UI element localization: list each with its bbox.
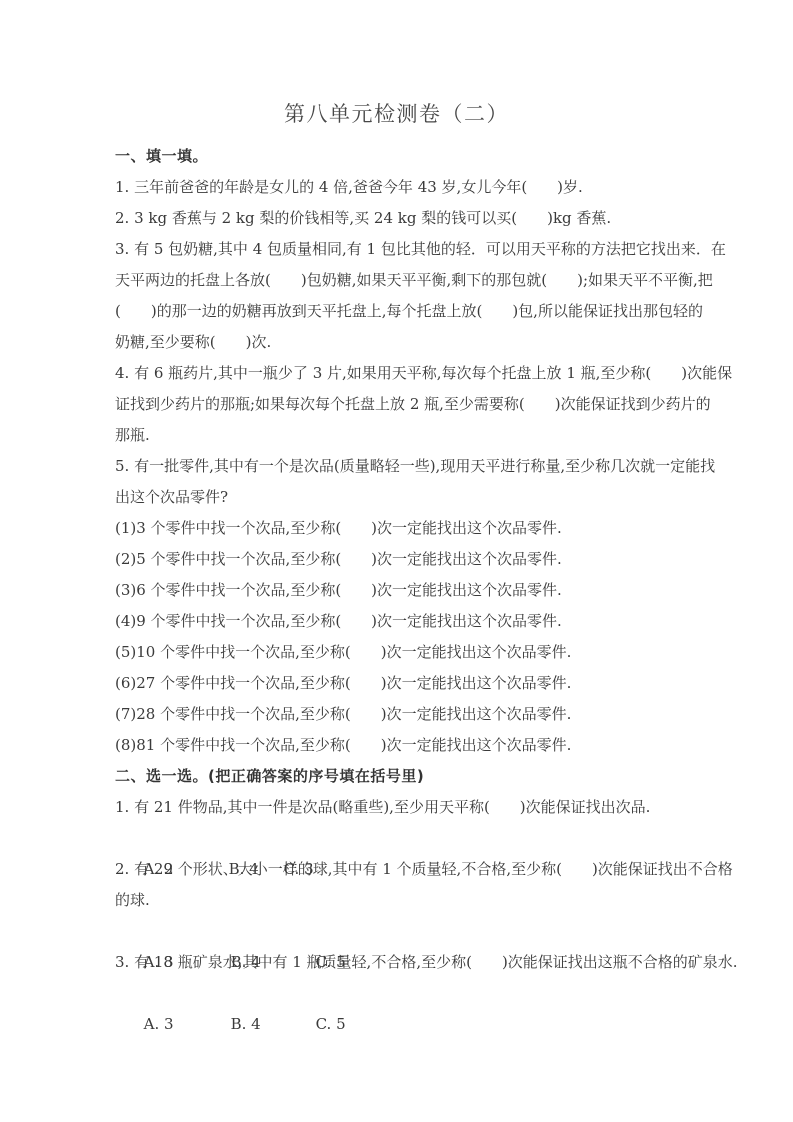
question-3-line-1: 3. 有 5 包奶糖,其中 4 包质量相同,有 1 包比其他的轻．可以用天平称的… [115, 234, 755, 265]
question-5-subitem-7: (7)28 个零件中找一个次品,至少称( )次一定能找出这个次品零件. [115, 699, 755, 730]
question-5-line-2: 出这个次品零件? [115, 482, 755, 513]
choice-b: B. 4 [231, 1009, 316, 1040]
section-2-question-1-choices: A. 2B. 4C. 3 [115, 823, 755, 854]
section-2-header: 二、选一选。(把正确答案的序号填在括号里) [115, 761, 755, 792]
question-4-line-2: 证找到少药片的那瓶;如果每次每个托盘上放 2 瓶,至少需要称( )次能保证找到少… [115, 389, 755, 420]
question-5-subitem-4: (4)9 个零件中找一个次品,至少称( )次一定能找出这个次品零件. [115, 606, 755, 637]
question-5-subitem-1: (1)3 个零件中找一个次品,至少称( )次一定能找出这个次品零件. [115, 513, 755, 544]
question-5-subitem-8: (8)81 个零件中找一个次品,至少称( )次一定能找出这个次品零件. [115, 730, 755, 761]
question-4-line-1: 4. 有 6 瓶药片,其中一瓶少了 3 片,如果用天平称,每次每个托盘上放 1 … [115, 358, 755, 389]
choice-a: A. 3 [144, 1009, 231, 1040]
question-3-line-2: 天平两边的托盘上各放( )包奶糖,如果天平平衡,剩下的那包就( );如果天平不平… [115, 265, 755, 296]
document-page: 第八单元检测卷（二） 一、填一填。 1. 三年前爸爸的年龄是女儿的 4 倍,爸爸… [0, 0, 793, 1122]
question-4-line-3: 那瓶. [115, 420, 755, 451]
section-1-header: 一、填一填。 [115, 141, 755, 172]
question-5-subitem-3: (3)6 个零件中找一个次品,至少称( )次一定能找出这个次品零件. [115, 575, 755, 606]
section-2-question-2-line-1: 2. 有 29 个形状、大小一样的球,其中有 1 个质量轻,不合格,至少称( )… [115, 854, 755, 885]
section-2-question-3: 3. 有 18 瓶矿泉水,其中有 1 瓶质量轻,不合格,至少称( )次能保证找出… [115, 947, 755, 978]
section-2-question-2-line-2: 的球. [115, 885, 755, 916]
document-body: 一、填一填。 1. 三年前爸爸的年龄是女儿的 4 倍,爸爸今年 43 岁,女儿今… [115, 141, 755, 1009]
section-2-question-2-choices: A. 3B. 4C. 5 [115, 916, 755, 947]
page-title: 第八单元检测卷（二） [0, 98, 793, 128]
section-2-question-3-choices: A. 3B. 4C. 5 [115, 978, 755, 1009]
question-5-subitem-5: (5)10 个零件中找一个次品,至少称( )次一定能找出这个次品零件. [115, 637, 755, 668]
section-2-question-1: 1. 有 21 件物品,其中一件是次品(略重些),至少用天平称( )次能保证找出… [115, 792, 755, 823]
question-5-subitem-2: (2)5 个零件中找一个次品,至少称( )次一定能找出这个次品零件. [115, 544, 755, 575]
question-3-line-3: ( )的那一边的奶糖再放到天平托盘上,每个托盘上放( )包,所以能保证找出那包轻… [115, 296, 755, 327]
question-5-subitem-6: (6)27 个零件中找一个次品,至少称( )次一定能找出这个次品零件. [115, 668, 755, 699]
choice-c: C. 5 [316, 1009, 346, 1040]
question-5-line-1: 5. 有一批零件,其中有一个是次品(质量略轻一些),现用天平进行称量,至少称几次… [115, 451, 755, 482]
question-3-line-4: 奶糖,至少要称( )次. [115, 327, 755, 358]
question-1: 1. 三年前爸爸的年龄是女儿的 4 倍,爸爸今年 43 岁,女儿今年( )岁. [115, 172, 755, 203]
question-2: 2. 3 kg 香蕉与 2 kg 梨的价钱相等,买 24 kg 梨的钱可以买( … [115, 203, 755, 234]
